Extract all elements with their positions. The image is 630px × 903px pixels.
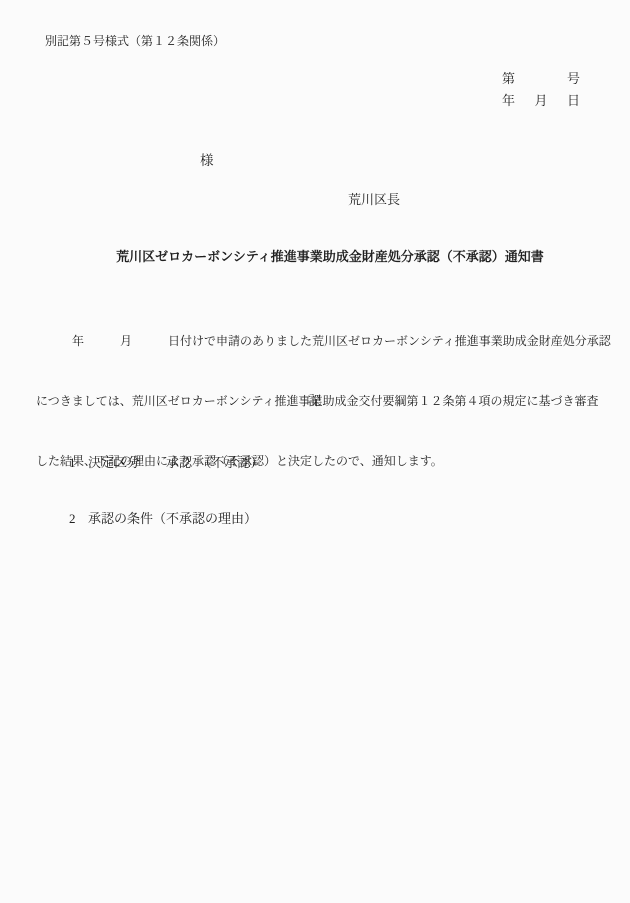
doc-number-suffix: 号 xyxy=(567,70,580,88)
document-title: 荒川区ゼロカーボンシティ推進事業助成金財産処分承認（不承認）通知書 xyxy=(30,247,630,266)
sender-name: 荒川区長 xyxy=(348,191,400,209)
item-number: 1 xyxy=(69,454,88,472)
body-line-1: 年 月 日付けで申請のありました荒川区ゼロカーボンシティ推進事業助成金財産処分承… xyxy=(36,331,616,351)
date-year-label: 年 xyxy=(502,92,515,110)
date-line: 年 月 日 xyxy=(502,92,580,110)
doc-number-prefix: 第 xyxy=(502,70,515,88)
item-label: 決定区分 xyxy=(88,455,140,470)
document-page: 別記第５号様式（第１２条関係） 第 号 年 月 日 様 荒川区長 荒川区ゼロカー… xyxy=(0,0,630,903)
document-number-line: 第 号 xyxy=(502,70,580,88)
addressee-honorific: 様 xyxy=(200,151,214,170)
date-month-label: 月 xyxy=(534,92,547,110)
item-number: 2 xyxy=(69,510,88,528)
date-day-label: 日 xyxy=(567,92,580,110)
item-value: 承認 （不承認） xyxy=(166,455,264,470)
record-heading: 記 xyxy=(0,392,630,410)
form-number-label: 別記第５号様式（第１２条関係） xyxy=(45,33,225,49)
item-label: 承認の条件（不承認の理由） xyxy=(88,511,257,526)
list-item-decision-category: 1決定区分承認 （不承認） xyxy=(56,436,264,490)
list-item-approval-conditions: 2承認の条件（不承認の理由） xyxy=(56,492,257,546)
